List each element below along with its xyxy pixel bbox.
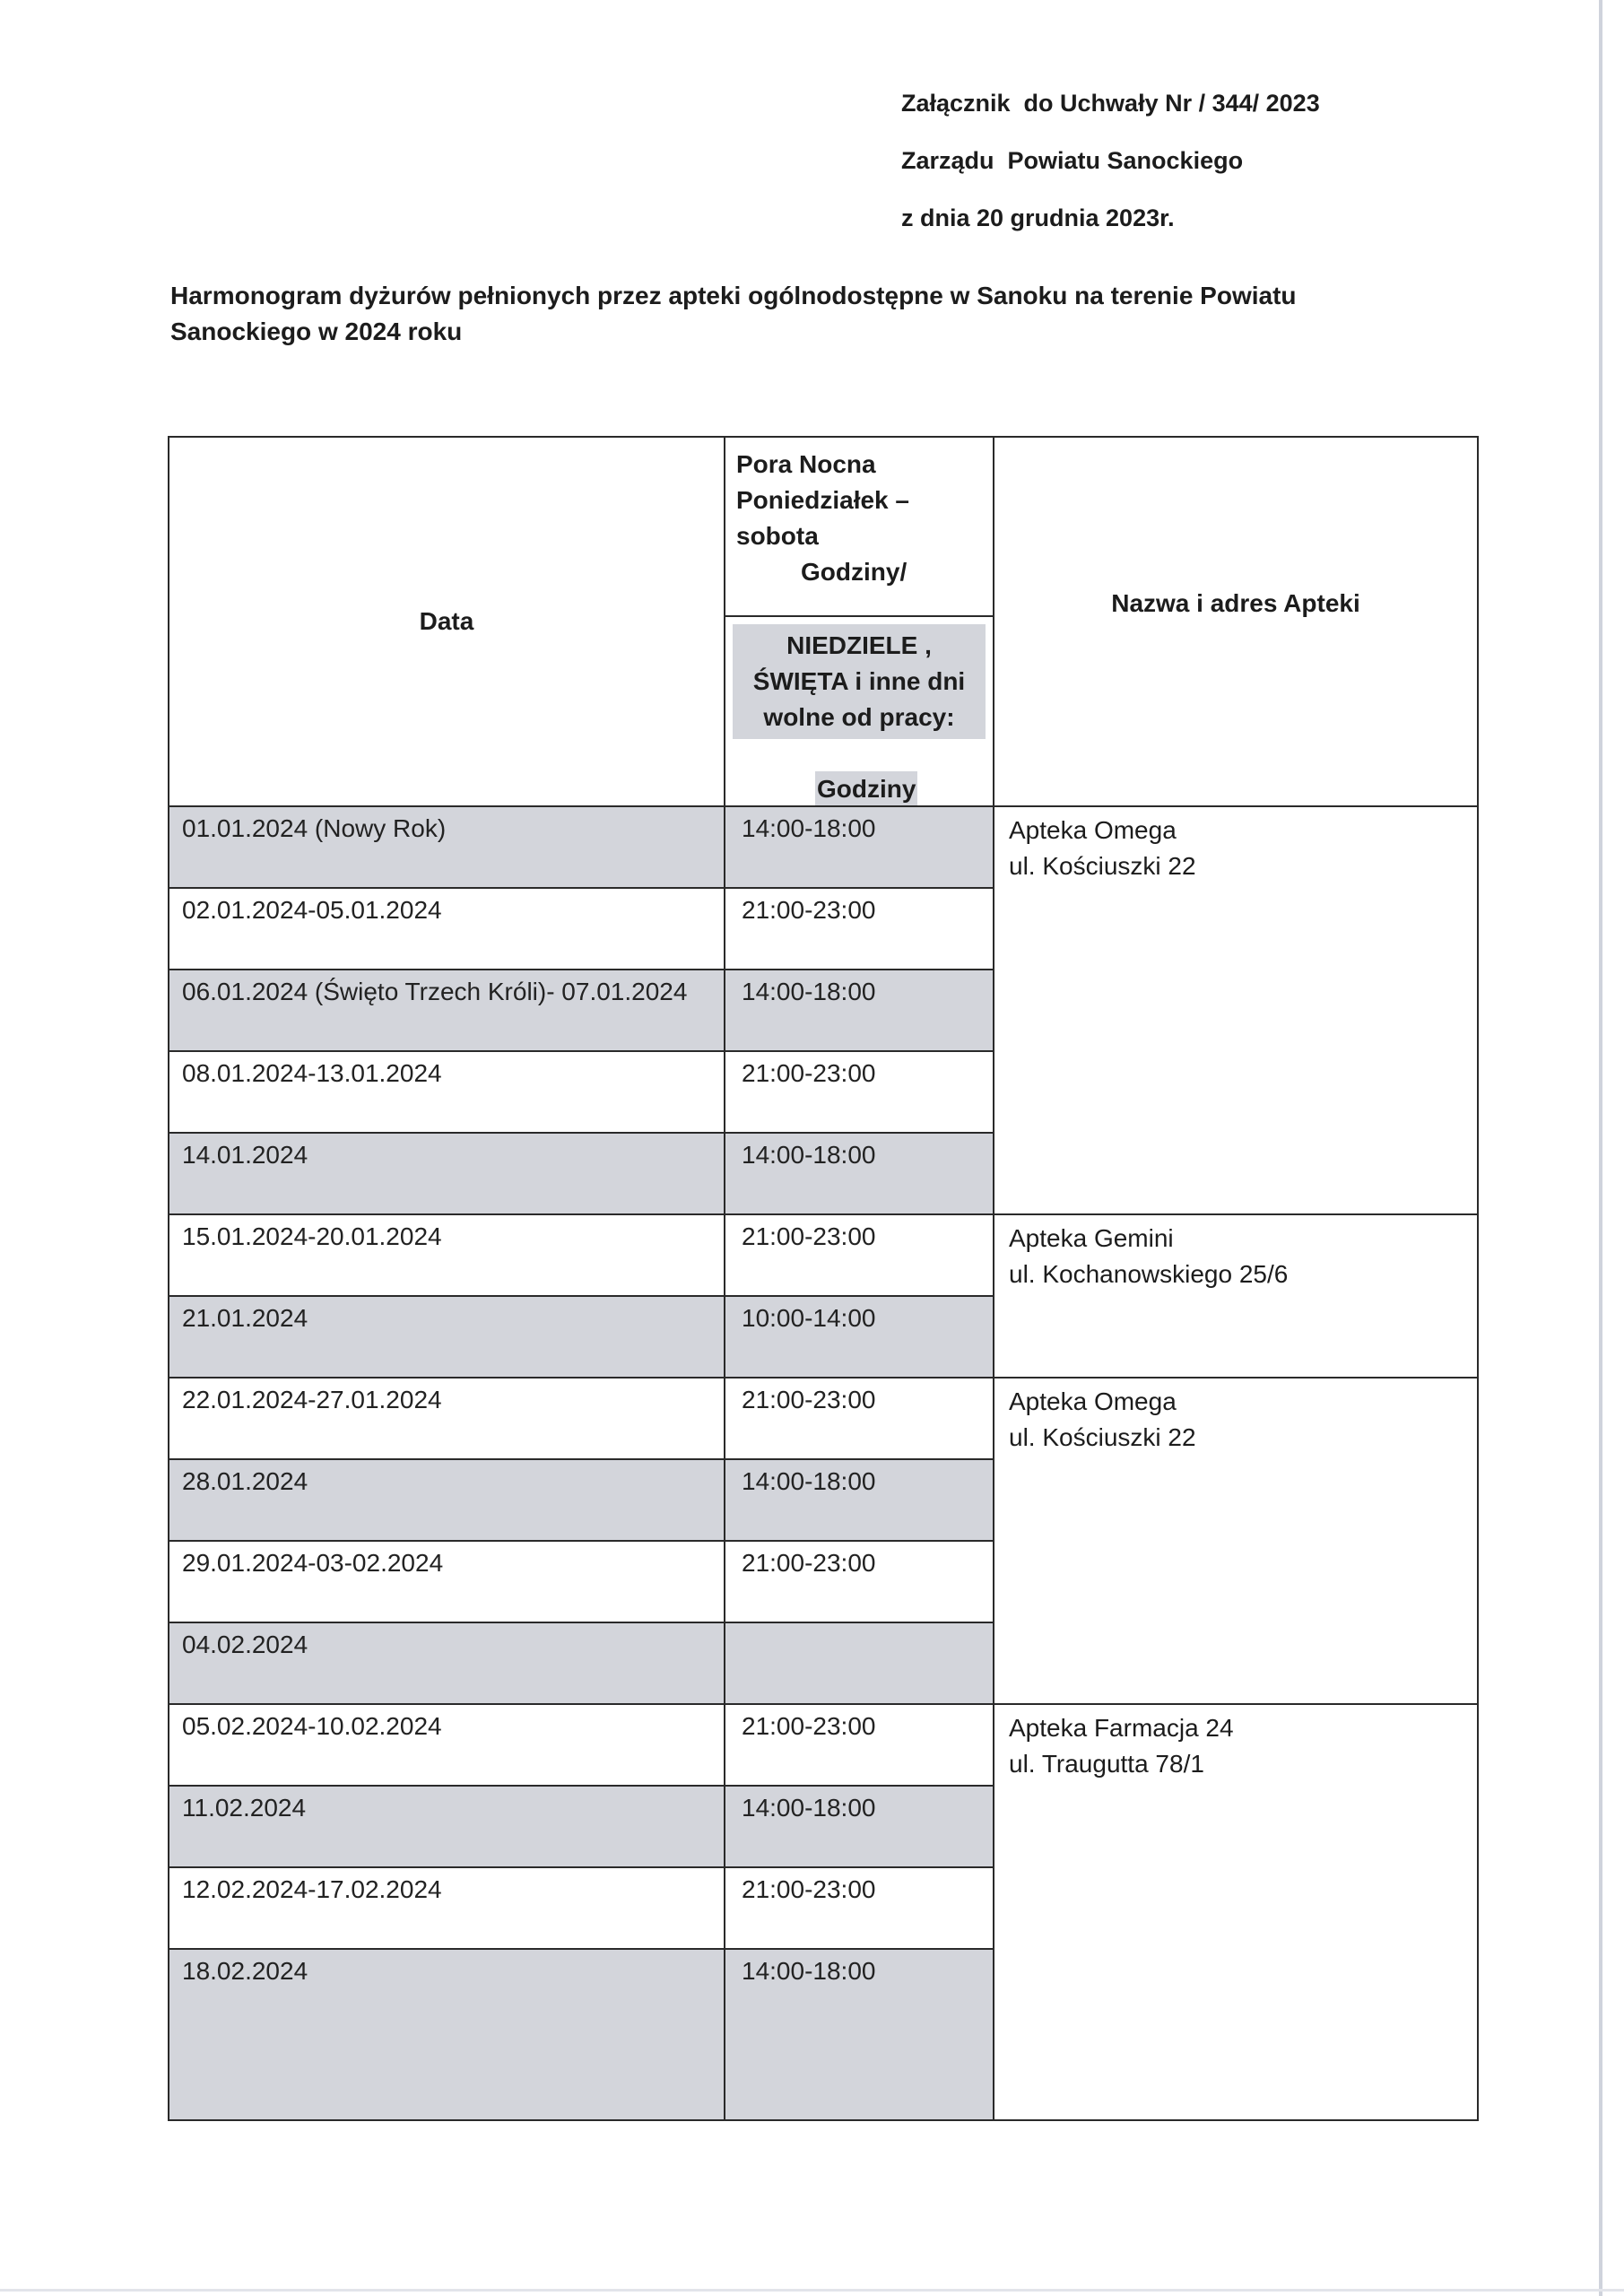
row-date: 29.01.2024-03-02.2024 [169, 1541, 725, 1622]
pharmacy-cell: Apteka Omegaul. Kościuszki 22 [994, 806, 1478, 1214]
row-hours: 14:00-18:00 [725, 1786, 994, 1867]
row-hours: 21:00-23:00 [725, 1378, 994, 1459]
row-hours: 14:00-18:00 [725, 1459, 994, 1541]
row-date: 06.01.2024 (Święto Trzech Króli)- 07.01.… [169, 970, 725, 1051]
row-hours: 21:00-23:00 [725, 1704, 994, 1786]
row-date: 12.02.2024-17.02.2024 [169, 1867, 725, 1949]
row-hours [725, 1622, 994, 1704]
pharmacy-address: ul. Kościuszki 22 [1009, 848, 1463, 884]
row-date: 01.01.2024 (Nowy Rok) [169, 806, 725, 888]
header-hours-label: Godziny [815, 771, 917, 805]
row-hours: 21:00-23:00 [725, 1541, 994, 1622]
pharmacy-address: ul. Traugutta 78/1 [1009, 1746, 1463, 1782]
attachment-resolution-number: Załącznik do Uchwały Nr / 344/ 2023 [901, 90, 1320, 117]
pharmacy-address: ul. Kościuszki 22 [1009, 1420, 1463, 1456]
row-date: 02.01.2024-05.01.2024 [169, 888, 725, 970]
table-header-row: Data Pora Nocna Poniedziałek – sobota Go… [169, 437, 1478, 806]
table-row: 15.01.2024-20.01.202421:00-23:00Apteka G… [169, 1214, 1478, 1296]
attachment-date: z dnia 20 grudnia 2023r. [901, 204, 1320, 231]
header-night-hours: Pora Nocna Poniedziałek – sobota Godziny… [725, 438, 993, 617]
row-date: 28.01.2024 [169, 1459, 725, 1541]
row-date: 11.02.2024 [169, 1786, 725, 1867]
row-hours: 14:00-18:00 [725, 806, 994, 888]
row-hours: 10:00-14:00 [725, 1296, 994, 1378]
row-date: 22.01.2024-27.01.2024 [169, 1378, 725, 1459]
row-date: 14.01.2024 [169, 1133, 725, 1214]
row-date: 15.01.2024-20.01.2024 [169, 1214, 725, 1296]
pharmacy-name: Apteka Omega [1009, 1384, 1463, 1420]
attachment-header: Załącznik do Uchwały Nr / 344/ 2023 Zarz… [901, 90, 1320, 262]
row-hours: 14:00-18:00 [725, 1133, 994, 1214]
pharmacy-cell: Apteka Farmacja 24ul. Traugutta 78/1 [994, 1704, 1478, 2120]
header-holiday-hours: NIEDZIELE , ŚWIĘTA i inne dni wolne od p… [733, 624, 986, 739]
row-date: 08.01.2024-13.01.2024 [169, 1051, 725, 1133]
table-row: 01.01.2024 (Nowy Rok)14:00-18:00Apteka O… [169, 806, 1478, 888]
row-hours: 21:00-23:00 [725, 1867, 994, 1949]
document-title: Harmonogram dyżurów pełnionych przez apt… [170, 278, 1372, 350]
scan-bottom-edge [0, 2289, 1624, 2292]
schedule-body: 01.01.2024 (Nowy Rok)14:00-18:00Apteka O… [169, 806, 1478, 2120]
header-pharmacy: Nazwa i adres Apteki [994, 437, 1478, 806]
duty-schedule-table: Data Pora Nocna Poniedziałek – sobota Go… [168, 436, 1479, 2121]
attachment-board: Zarządu Powiatu Sanockiego [901, 147, 1320, 174]
pharmacy-cell: Apteka Geminiul. Kochanowskiego 25/6 [994, 1214, 1478, 1378]
row-hours: 21:00-23:00 [725, 1051, 994, 1133]
header-hours: Pora Nocna Poniedziałek – sobota Godziny… [725, 437, 994, 806]
pharmacy-name: Apteka Omega [1009, 813, 1463, 848]
header-date: Data [169, 437, 725, 806]
table-row: 05.02.2024-10.02.202421:00-23:00Apteka F… [169, 1704, 1478, 1786]
row-date: 18.02.2024 [169, 1949, 725, 2120]
row-hours: 21:00-23:00 [725, 1214, 994, 1296]
pharmacy-address: ul. Kochanowskiego 25/6 [1009, 1257, 1463, 1292]
pharmacy-cell: Apteka Omegaul. Kościuszki 22 [994, 1378, 1478, 1704]
row-date: 04.02.2024 [169, 1622, 725, 1704]
pharmacy-name: Apteka Gemini [1009, 1221, 1463, 1257]
row-date: 21.01.2024 [169, 1296, 725, 1378]
row-hours: 21:00-23:00 [725, 888, 994, 970]
pharmacy-name: Apteka Farmacja 24 [1009, 1710, 1463, 1746]
table-row: 22.01.2024-27.01.202421:00-23:00Apteka O… [169, 1378, 1478, 1459]
row-hours: 14:00-18:00 [725, 970, 994, 1051]
row-hours: 14:00-18:00 [725, 1949, 994, 2120]
scan-edge [1599, 0, 1602, 2296]
row-date: 05.02.2024-10.02.2024 [169, 1704, 725, 1786]
